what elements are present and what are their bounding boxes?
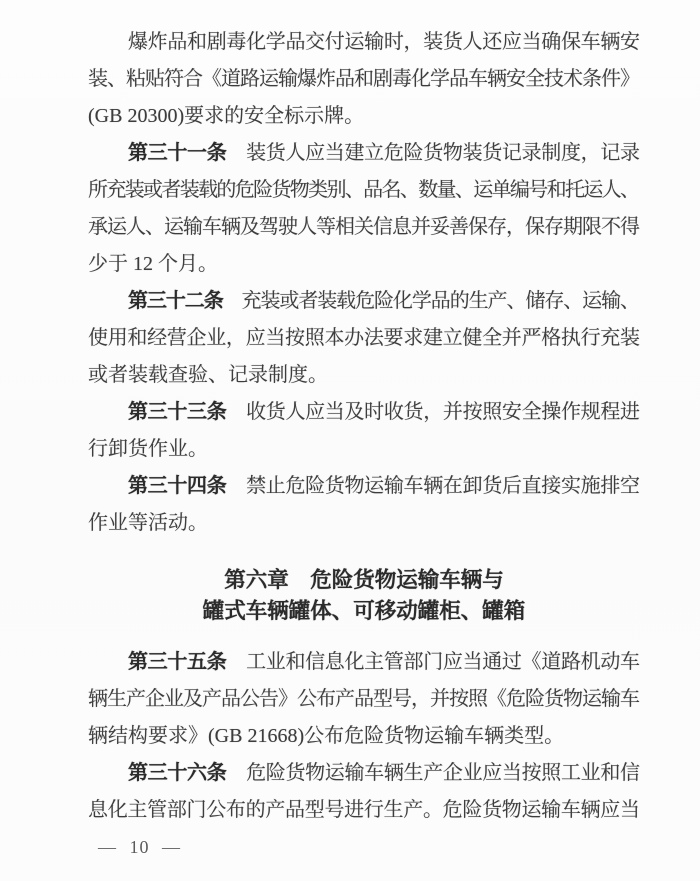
- article-number: 第三十四条: [128, 475, 226, 497]
- text-line: 爆炸品和剧毒化学品交付运输时，装货人还应当确保车辆安: [88, 24, 640, 61]
- text-line: 或者装载查验、记录制度。: [88, 357, 640, 394]
- text-line: 第三十一条 装货人应当建立危险货物装货记录制度，记录: [88, 135, 640, 172]
- document-page: 爆炸品和剧毒化学品交付运输时，装货人还应当确保车辆安 装、粘贴符合《道路运输爆炸…: [0, 0, 700, 881]
- text-line: 第三十六条 危险货物运输车辆生产企业应当按照工业和信: [88, 755, 640, 792]
- paragraph-article-33: 第三十三条 收货人应当及时收货，并按照安全操作规程进 行卸货作业。: [88, 394, 640, 468]
- text-line: 辆生产企业及产品公告》公布产品型号，并按照《危险货物运输车: [88, 681, 640, 718]
- article-number: 第三十六条: [128, 762, 226, 784]
- text-line: 少于 12 个月。: [88, 246, 640, 283]
- article-number: 第三十五条: [128, 651, 226, 673]
- text-line: 第三十五条 工业和信息化主管部门应当通过《道路机动车: [88, 644, 640, 681]
- chapter-title-line: 第六章 危险货物运输车辆与: [88, 565, 640, 596]
- text-line: 作业等活动。: [88, 505, 640, 542]
- paragraph-gb20300: 爆炸品和剧毒化学品交付运输时，装货人还应当确保车辆安 装、粘贴符合《道路运输爆炸…: [88, 24, 640, 135]
- article-number: 第三十二条: [128, 290, 223, 312]
- paragraph-article-35: 第三十五条 工业和信息化主管部门应当通过《道路机动车 辆生产企业及产品公告》公布…: [88, 644, 640, 755]
- text-line: 行卸货作业。: [88, 431, 640, 468]
- text-line: 第三十三条 收货人应当及时收货，并按照安全操作规程进: [88, 394, 640, 431]
- paragraph-article-32: 第三十二条 充装或者装载危险化学品的生产、储存、运输、 使用和经营企业，应当按照…: [88, 283, 640, 394]
- chapter-heading: 第六章 危险货物运输车辆与 罐式车辆罐体、可移动罐柜、罐箱: [88, 565, 640, 627]
- page-content: 爆炸品和剧毒化学品交付运输时，装货人还应当确保车辆安 装、粘贴符合《道路运输爆炸…: [88, 24, 640, 859]
- article-number: 第三十三条: [128, 401, 226, 423]
- text-line: 第三十四条 禁止危险货物运输车辆在卸货后直接实施排空: [88, 468, 640, 505]
- text-line: 辆结构要求》(GB 21668)公布危险货物运输车辆类型。: [88, 718, 640, 755]
- text-line: 承运人、运输车辆及驾驶人等相关信息并妥善保存，保存期限不得: [88, 209, 640, 246]
- text-line: 第三十二条 充装或者装载危险化学品的生产、储存、运输、: [88, 283, 640, 320]
- paragraph-article-36: 第三十六条 危险货物运输车辆生产企业应当按照工业和信 息化主管部门公布的产品型号…: [88, 755, 640, 829]
- text-line: (GB 20300)要求的安全标示牌。: [88, 98, 640, 135]
- page-number: — 10 —: [98, 835, 640, 859]
- article-number: 第三十一条: [128, 142, 226, 164]
- chapter-title-line: 罐式车辆罐体、可移动罐柜、罐箱: [88, 596, 640, 627]
- text-line: 装、粘贴符合《道路运输爆炸品和剧毒化学品车辆安全技术条件》: [88, 61, 640, 98]
- text-line: 息化主管部门公布的产品型号进行生产。危险货物运输车辆应当: [88, 792, 640, 829]
- text-line: 使用和经营企业，应当按照本办法要求建立健全并严格执行充装: [88, 320, 640, 357]
- text-line: 所充装或者装载的危险货物类别、品名、数量、运单编号和托运人、: [88, 172, 640, 209]
- paragraph-article-31: 第三十一条 装货人应当建立危险货物装货记录制度，记录 所充装或者装载的危险货物类…: [88, 135, 640, 283]
- paragraph-article-34: 第三十四条 禁止危险货物运输车辆在卸货后直接实施排空 作业等活动。: [88, 468, 640, 542]
